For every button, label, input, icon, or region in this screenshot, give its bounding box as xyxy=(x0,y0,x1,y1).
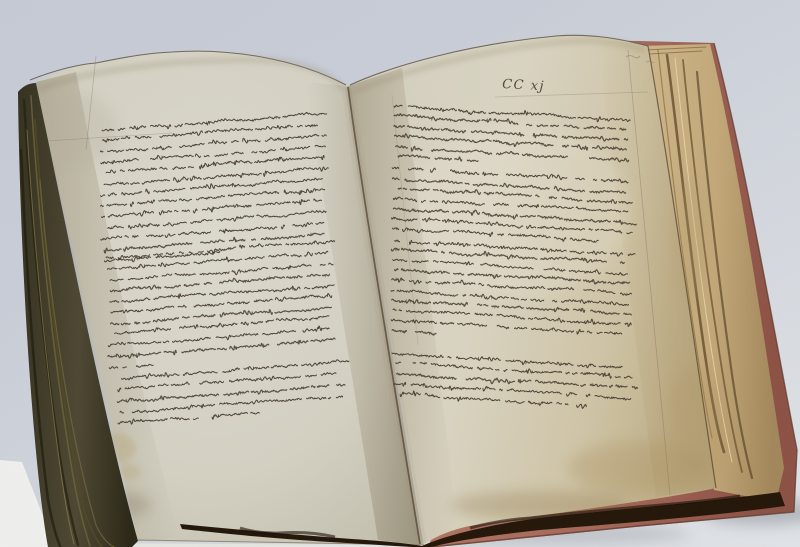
photo-open-manuscript: CC xj xyxy=(0,0,800,547)
photo-grain-overlay xyxy=(0,0,800,547)
